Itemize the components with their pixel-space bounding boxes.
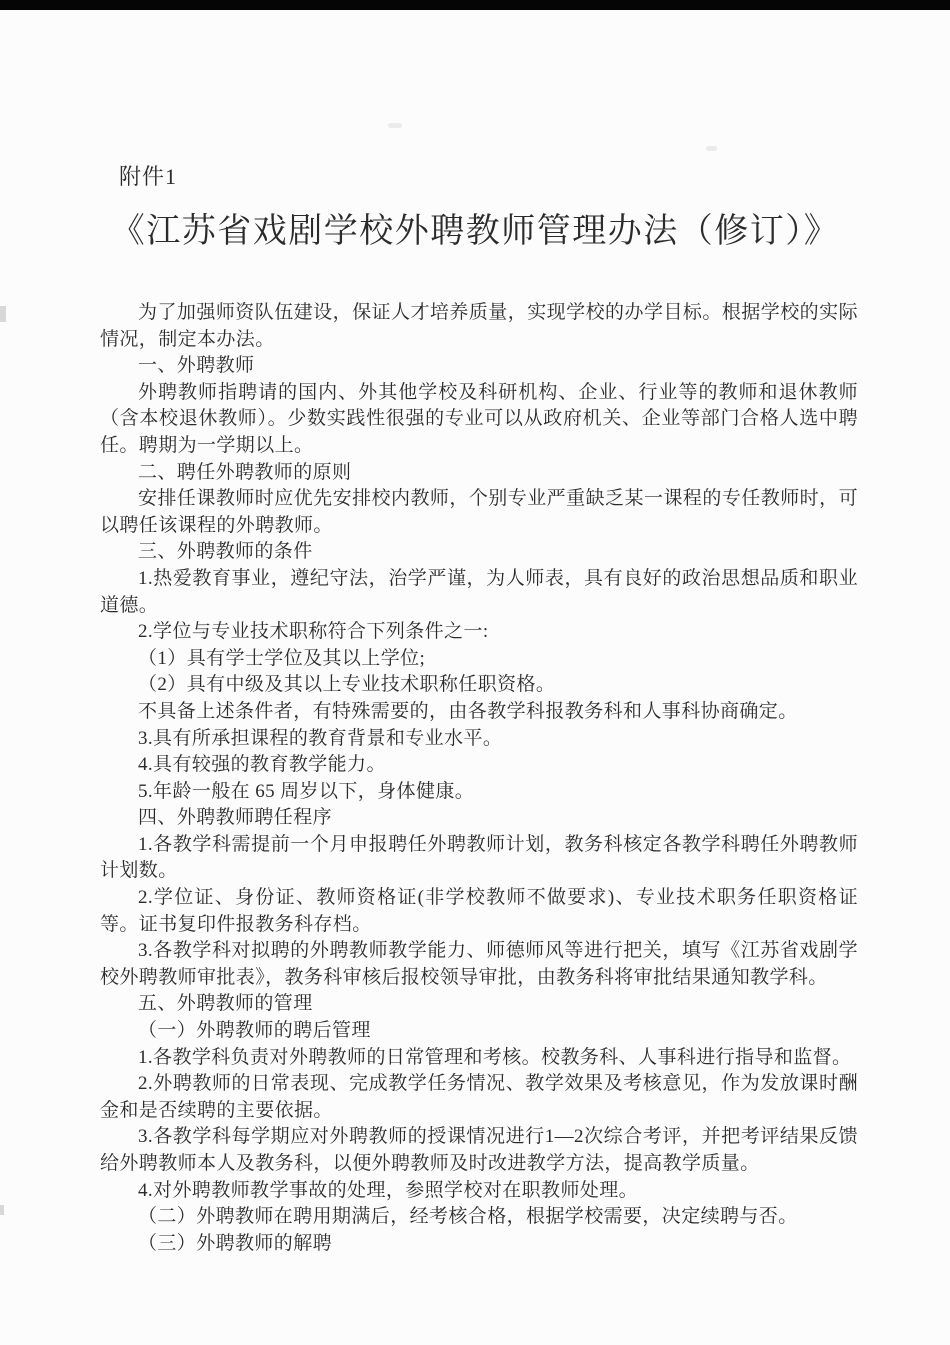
paragraph: 5.年龄一般在 65 周岁以下，身体健康。 [100,779,858,806]
paragraph: （三）外聘教师的解聘 [100,1231,858,1258]
paragraph: 二、聘任外聘教师的原则 [100,460,858,487]
paragraph: 1.各教学科负责对外聘教师的日常管理和考核。校教务科、人事科进行指导和监督。 [100,1045,858,1072]
scanned-document: { "document": { "attachment_label": "附件1… [0,0,950,1345]
paragraph: 五、外聘教师的管理 [100,991,858,1018]
paragraph: 一、外聘教师 [100,353,858,380]
scan-edge-bar [0,0,950,10]
paragraph: 2.外聘教师的日常表现、完成教学任务情况、教学效果及考核意见，作为发放课时酬金和… [100,1071,858,1124]
paragraph: 外聘教师指聘请的国内、外其他学校及科研机构、企业、行业等的教师和退休教师（含本校… [100,380,858,460]
paragraph: 四、外聘教师聘任程序 [100,805,858,832]
paragraph: 4.对外聘教师教学事故的处理，参照学校对在职教师处理。 [100,1178,858,1205]
paragraph: （一）外聘教师的聘后管理 [100,1018,858,1045]
scan-artifact [0,1205,4,1215]
paragraph: 2.学位证、身份证、教师资格证(非学校教师不做要求)、专业技术职务任职资格证等。… [100,885,858,938]
paragraph: 为了加强师资队伍建设，保证人才培养质量，实现学校的办学目标。根据学校的实际情况，… [100,300,858,353]
paragraph: 3.各教学科每学期应对外聘教师的授课情况进行1—2次综合考评，并把考评结果反馈给… [100,1124,858,1177]
scan-artifact [388,123,402,128]
scan-artifact [0,306,6,322]
document-body: 为了加强师资队伍建设，保证人才培养质量，实现学校的办学目标。根据学校的实际情况，… [100,300,858,1257]
paragraph: 4.具有较强的教育教学能力。 [100,752,858,779]
paragraph: 2.学位与专业技术职称符合下列条件之一: [100,619,858,646]
paragraph: 3.具有所承担课程的教育背景和专业水平。 [100,726,858,753]
scan-artifact [706,146,717,151]
paragraph: 1.热爱教育事业，遵纪守法，治学严谨，为人师表，具有良好的政治思想品质和职业道德… [100,566,858,619]
paragraph: 1.各教学科需提前一个月申报聘任外聘教师计划，教务科核定各教学科聘任外聘教师计划… [100,832,858,885]
paragraph: 安排任课教师时应优先安排校内教师，个别专业严重缺乏某一课程的专任教师时，可以聘任… [100,486,858,539]
paragraph: （1）具有学士学位及其以上学位; [100,646,858,673]
attachment-label: 附件1 [119,160,177,191]
paragraph: （二）外聘教师在聘用期满后，经考核合格，根据学校需要，决定续聘与否。 [100,1204,858,1231]
paragraph: 不具备上述条件者，有特殊需要的，由各教学科报教务科和人事科协商确定。 [100,699,858,726]
paragraph: 三、外聘教师的条件 [100,539,858,566]
paragraph: （2）具有中级及其以上专业技术职称任职资格。 [100,672,858,699]
document-title: 《江苏省戏剧学校外聘教师管理办法（修订）》 [0,203,950,252]
paragraph: 3.各教学科对拟聘的外聘教师教学能力、师德师风等进行把关，填写《江苏省戏剧学校外… [100,938,858,991]
